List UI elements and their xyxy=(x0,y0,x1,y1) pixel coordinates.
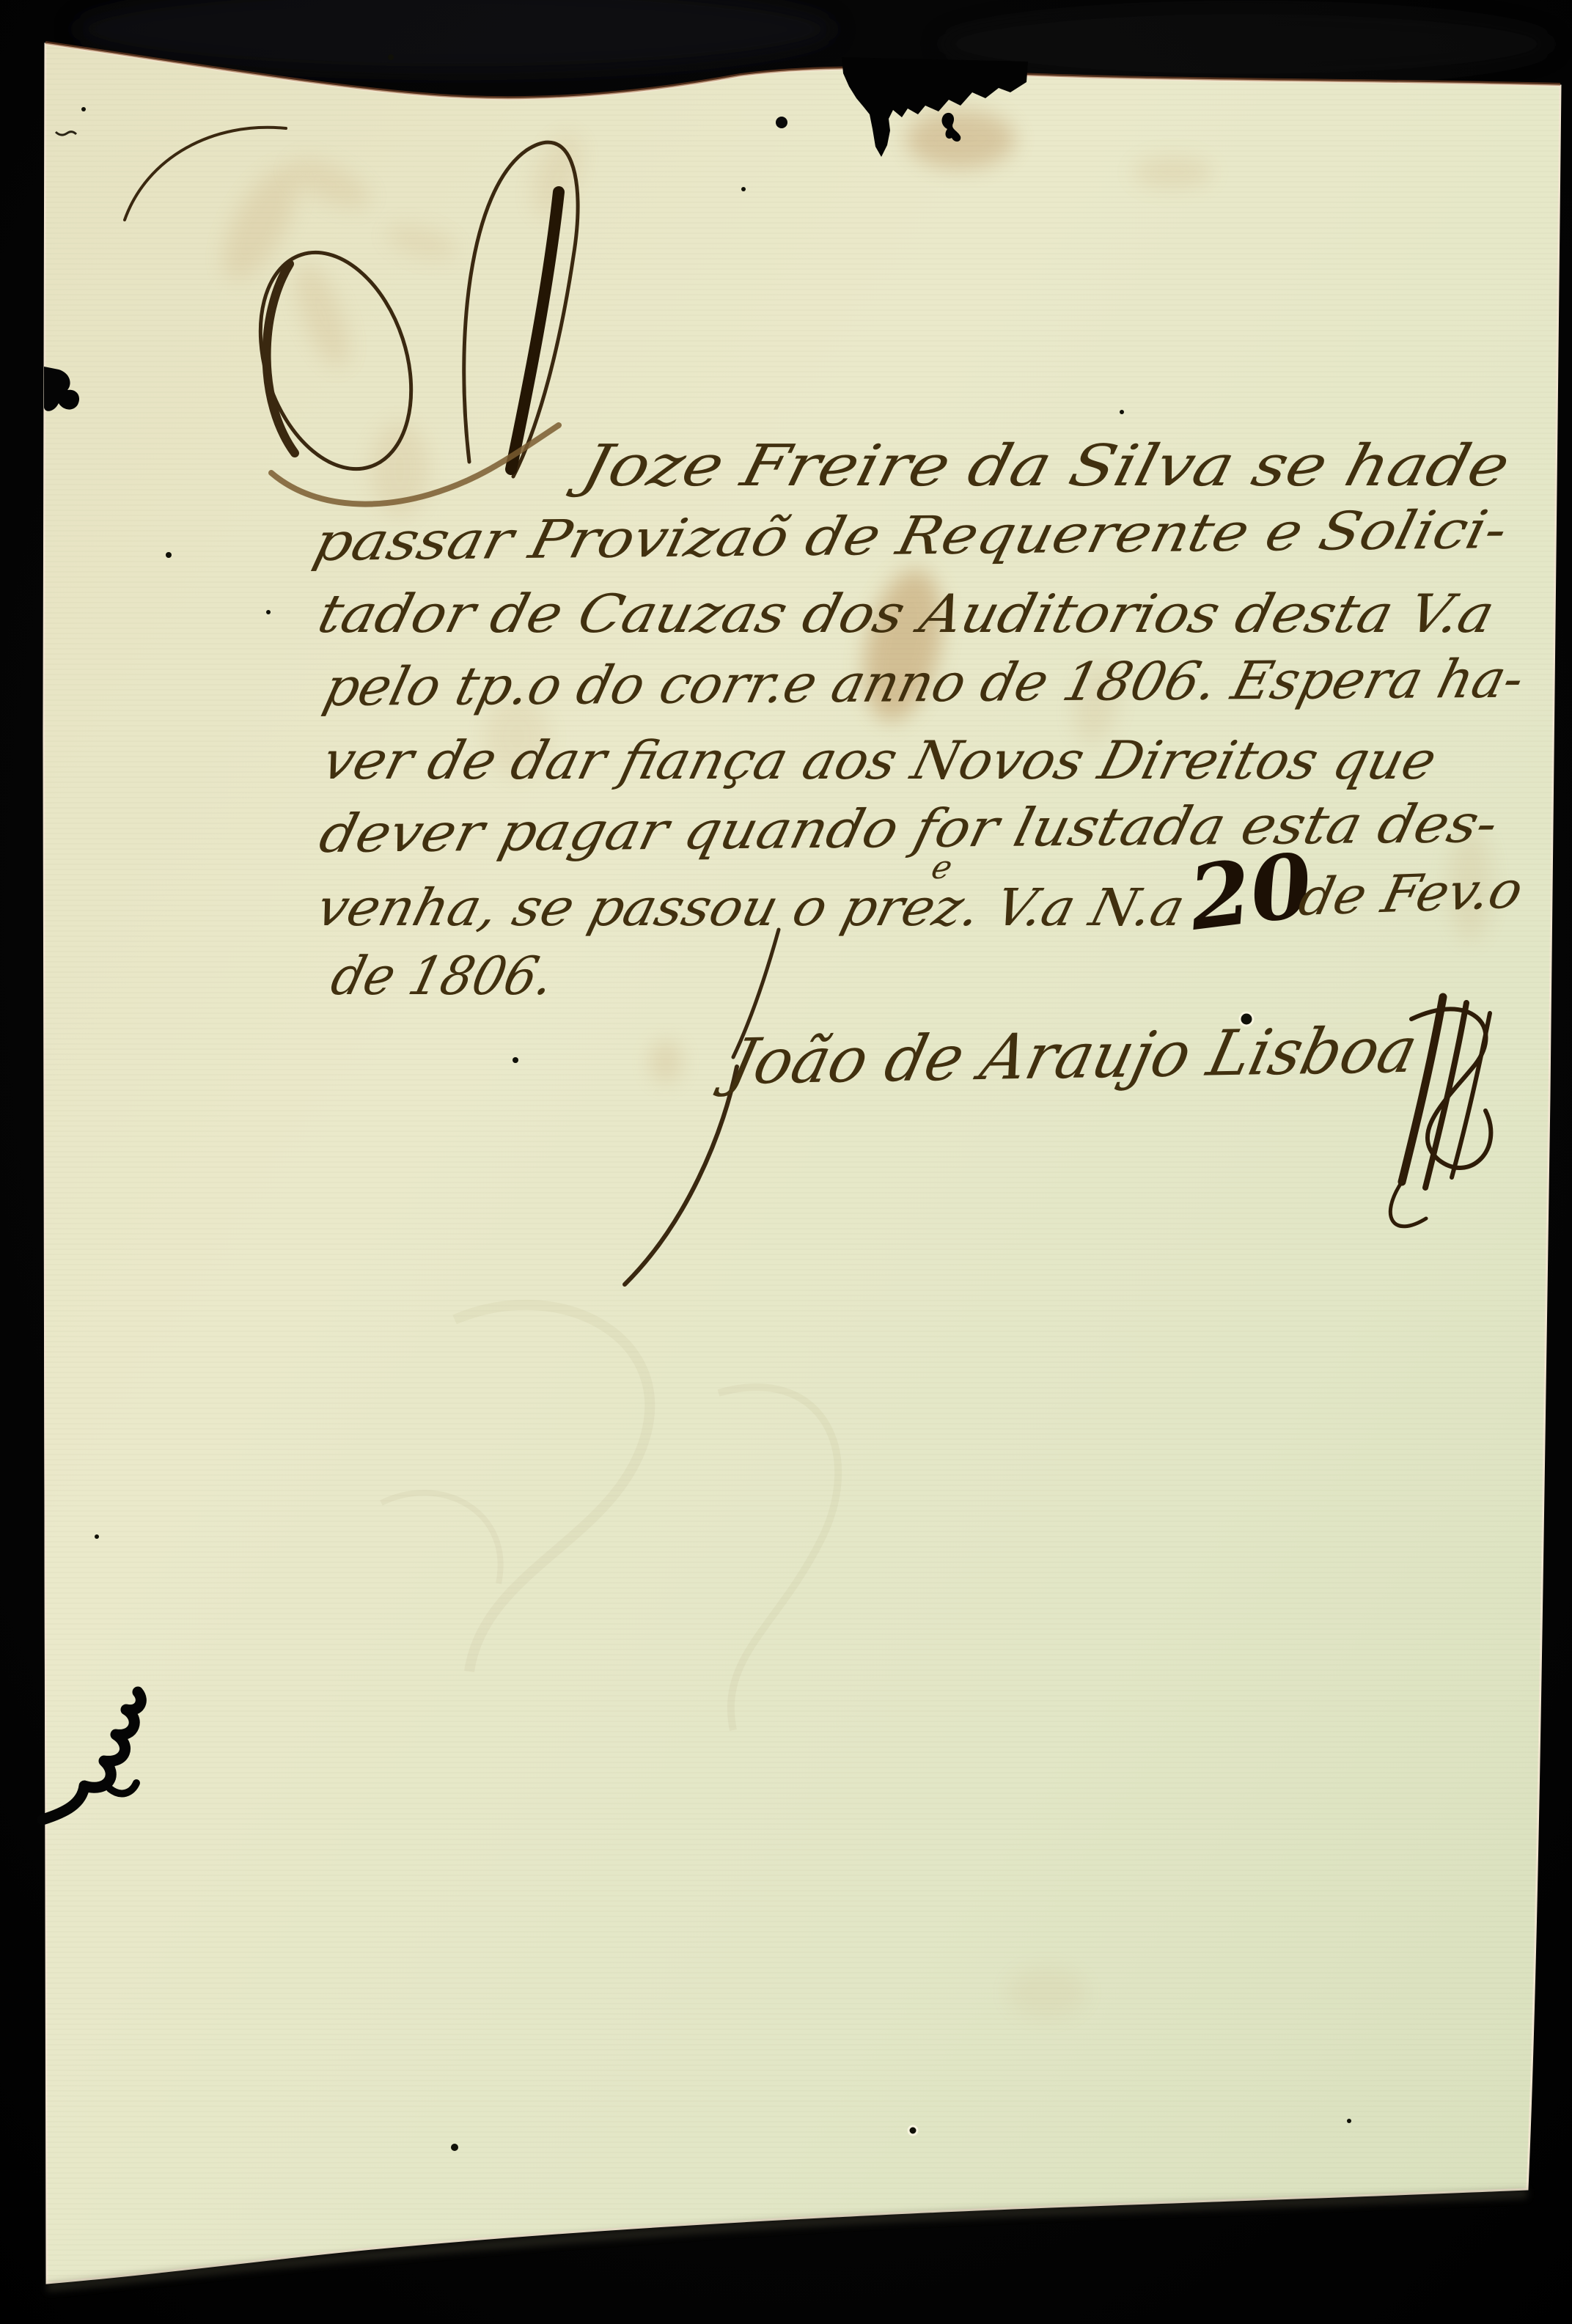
manuscript-line: dever pagar quando for lustada esta des- xyxy=(314,793,1505,865)
signature-text: João de Araujo Lisboa xyxy=(712,1013,1425,1099)
manuscript-line: tador de Cauzas dos Auditorios desta V.a xyxy=(312,584,1501,645)
manuscript-line: Joze Freire da Silva se hade xyxy=(565,432,1517,499)
manuscript-line: passar Provizaõ de Requerente e Solici- xyxy=(308,499,1513,573)
day-number: 20 xyxy=(1183,833,1318,950)
ink-drop xyxy=(776,117,787,128)
manuscript-scan: A Joze Freire da Silva se hade passar Pr… xyxy=(0,0,1572,2324)
manuscript-line: ver de dar fiança aos Novos Direitos que xyxy=(317,730,1443,792)
backdrop-sheen xyxy=(939,7,1554,81)
manuscript-line: pelo tp.o do corr.e anno de 1806. Espera… xyxy=(318,649,1530,718)
manuscript-line: de 1806. xyxy=(326,946,561,1007)
date-tail: de Fev.o xyxy=(1293,860,1528,927)
manuscript-line: venha, se passou o prez. V.a N.a xyxy=(311,878,1191,938)
